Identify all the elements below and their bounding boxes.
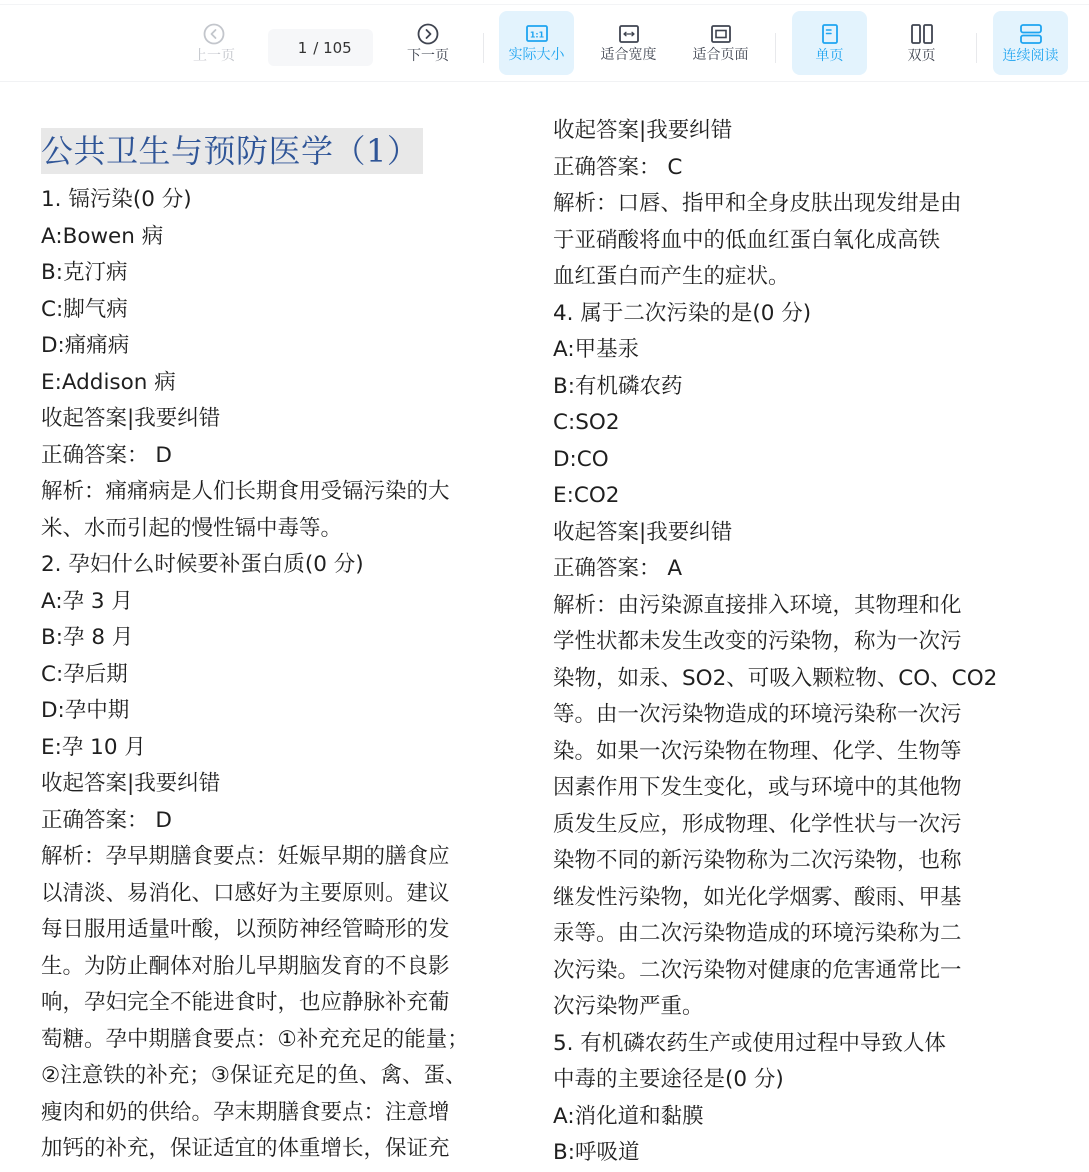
explanation-line: 萄糖。孕中期膳食要点：①补充充足的能量； [41, 1022, 511, 1059]
option: A:Bowen 病 [41, 219, 511, 256]
explanation-line: ②注意铁的补充；③保证充足的鱼、禽、蛋、 [41, 1058, 511, 1095]
double-page-label: 双页 [908, 48, 936, 64]
explanation-line: 响，孕妇完全不能进食时，也应静脉补充葡 [41, 985, 511, 1022]
explanation-line: 血红蛋白而产生的症状。 [553, 259, 1023, 296]
actual-size-icon: 1:1 [525, 24, 549, 44]
continuous-reading-button[interactable]: 连续阅读 [993, 11, 1068, 75]
chevron-left-circle-icon [203, 23, 225, 45]
option: A:孕 3 月 [41, 584, 511, 621]
explanation-line: 每日服用适量叶酸，以预防神经管畸形的发 [41, 912, 511, 949]
question-title: 5. 有机磷农药生产或使用过程中导致人体 [553, 1026, 1023, 1063]
explanation-line: 以清淡、易消化、口感好为主要原则。建议 [41, 876, 511, 913]
continuous-reading-icon [1019, 23, 1043, 45]
explanation-line: 瘦肉和奶的供给。孕末期膳食要点：注意增 [41, 1095, 511, 1132]
option: A:消化道和黏膜 [553, 1099, 1023, 1136]
question-title: 1. 镉污染(0 分) [41, 182, 511, 219]
single-page-label: 单页 [816, 48, 844, 64]
explanation-line: 等。由一次污染物造成的环境污染称一次污 [553, 697, 1023, 734]
option: C:脚气病 [41, 292, 511, 329]
option: D:痛痛病 [41, 328, 511, 365]
explanation-line: 米、水而引起的慢性镉中毒等。 [41, 511, 511, 548]
continuous-reading-label: 连续阅读 [1003, 48, 1059, 64]
explanation-line: 次污染。二次污染物对健康的危害通常比一 [553, 953, 1023, 990]
explanation-line: 染物不同的新污染物称为二次污染物，也称 [553, 843, 1023, 880]
page-indicator: / 105 [268, 29, 373, 66]
next-page-label: 下一页 [407, 48, 449, 64]
explanation-line: 于亚硝酸将血中的低血红蛋白氧化成高铁 [553, 223, 1023, 260]
correct-answer: 正确答案： D [41, 438, 511, 475]
explanation-line: 加钙的补充，保证适宜的体重增长，保证充 [41, 1131, 511, 1150]
option: E:Addison 病 [41, 365, 511, 402]
toolbar-divider [775, 33, 776, 63]
option: E:孕 10 月 [41, 730, 511, 767]
toolbar-divider [976, 33, 977, 63]
collapse-answer-report-error-link[interactable]: 收起答案|我要纠错 [41, 401, 511, 438]
option: B:孕 8 月 [41, 620, 511, 657]
document-title: 公共卫生与预防医学（1） [41, 128, 423, 174]
single-page-button[interactable]: 单页 [792, 11, 867, 75]
collapse-answer-report-error-link[interactable]: 收起答案|我要纠错 [553, 515, 1023, 552]
fit-width-icon [618, 24, 640, 44]
fit-page-icon [710, 24, 732, 44]
next-page-button[interactable]: 下一页 [400, 11, 456, 75]
option: B:呼吸道 [553, 1135, 1023, 1150]
toolbar-divider [483, 33, 484, 63]
fit-page-button[interactable]: 适合页面 [683, 11, 758, 75]
viewer-toolbar: 上一页 / 105 下一页 1:1 实际大小 适合宽度 [0, 4, 1089, 82]
total-pages: / 105 [313, 39, 351, 57]
option: D:孕中期 [41, 693, 511, 730]
fit-width-label: 适合宽度 [601, 47, 657, 63]
option: C:SO2 [553, 405, 1023, 442]
correct-answer: 正确答案： C [553, 150, 1023, 187]
option: E:CO2 [553, 478, 1023, 515]
option: C:孕后期 [41, 657, 511, 694]
double-page-icon [910, 23, 934, 45]
explanation-line: 质发生反应，形成物理、化学性状与一次污 [553, 807, 1023, 844]
option: A:甲基汞 [553, 332, 1023, 369]
fit-width-button[interactable]: 适合宽度 [591, 11, 666, 75]
explanation-line: 解析：由污染源直接排入环境，其物理和化 [553, 588, 1023, 625]
fit-page-label: 适合页面 [693, 47, 749, 63]
double-page-button[interactable]: 双页 [884, 11, 959, 75]
explanation-line: 因素作用下发生变化，或与环境中的其他物 [553, 770, 1023, 807]
explanation-line: 染。如果一次污染物在物理、化学、生物等 [553, 734, 1023, 771]
document-right-column: 收起答案|我要纠错 正确答案： C 解析：口唇、指甲和全身皮肤出现发绀是由 于亚… [553, 113, 1023, 1150]
correct-answer: 正确答案： D [41, 803, 511, 840]
explanation-line: 生。为防止酮体对胎儿早期脑发育的不良影 [41, 949, 511, 986]
explanation-line: 继发性污染物，如光化学烟雾、酸雨、甲基 [553, 880, 1023, 917]
explanation-line: 汞等。由二次污染物造成的环境污染称为二 [553, 916, 1023, 953]
explanation-line: 解析：孕早期膳食要点：妊娠早期的膳食应 [41, 839, 511, 876]
option: D:CO [553, 442, 1023, 479]
collapse-answer-report-error-link[interactable]: 收起答案|我要纠错 [553, 113, 1023, 150]
explanation-line: 次污染物严重。 [553, 989, 1023, 1026]
option: B:有机磷农药 [553, 369, 1023, 406]
question-title: 2. 孕妇什么时候要补蛋白质(0 分) [41, 547, 511, 584]
single-page-icon [820, 23, 840, 45]
page-number-input[interactable] [289, 39, 307, 57]
actual-size-button[interactable]: 1:1 实际大小 [499, 11, 574, 75]
explanation-line: 学性状都未发生改变的污染物，称为一次污 [553, 624, 1023, 661]
collapse-answer-report-error-link[interactable]: 收起答案|我要纠错 [41, 766, 511, 803]
prev-page-button[interactable]: 上一页 [186, 11, 242, 75]
svg-text:1:1: 1:1 [529, 30, 544, 39]
question-title: 4. 属于二次污染的是(0 分) [553, 296, 1023, 333]
explanation-line: 解析：口唇、指甲和全身皮肤出现发绀是由 [553, 186, 1023, 223]
prev-page-label: 上一页 [193, 48, 235, 64]
document-left-column: 公共卫生与预防医学（1） 1. 镉污染(0 分) A:Bowen 病 B:克汀病… [41, 112, 511, 1150]
correct-answer: 正确答案： A [553, 551, 1023, 588]
chevron-right-circle-icon [417, 23, 439, 45]
explanation-line: 解析：痛痛病是人们长期食用受镉污染的大 [41, 474, 511, 511]
actual-size-label: 实际大小 [509, 47, 565, 63]
option: B:克汀病 [41, 255, 511, 292]
question-title: 中毒的主要途径是(0 分) [553, 1062, 1023, 1099]
explanation-line: 染物，如汞、SO2、可吸入颗粒物、CO、CO2 [553, 661, 1023, 698]
